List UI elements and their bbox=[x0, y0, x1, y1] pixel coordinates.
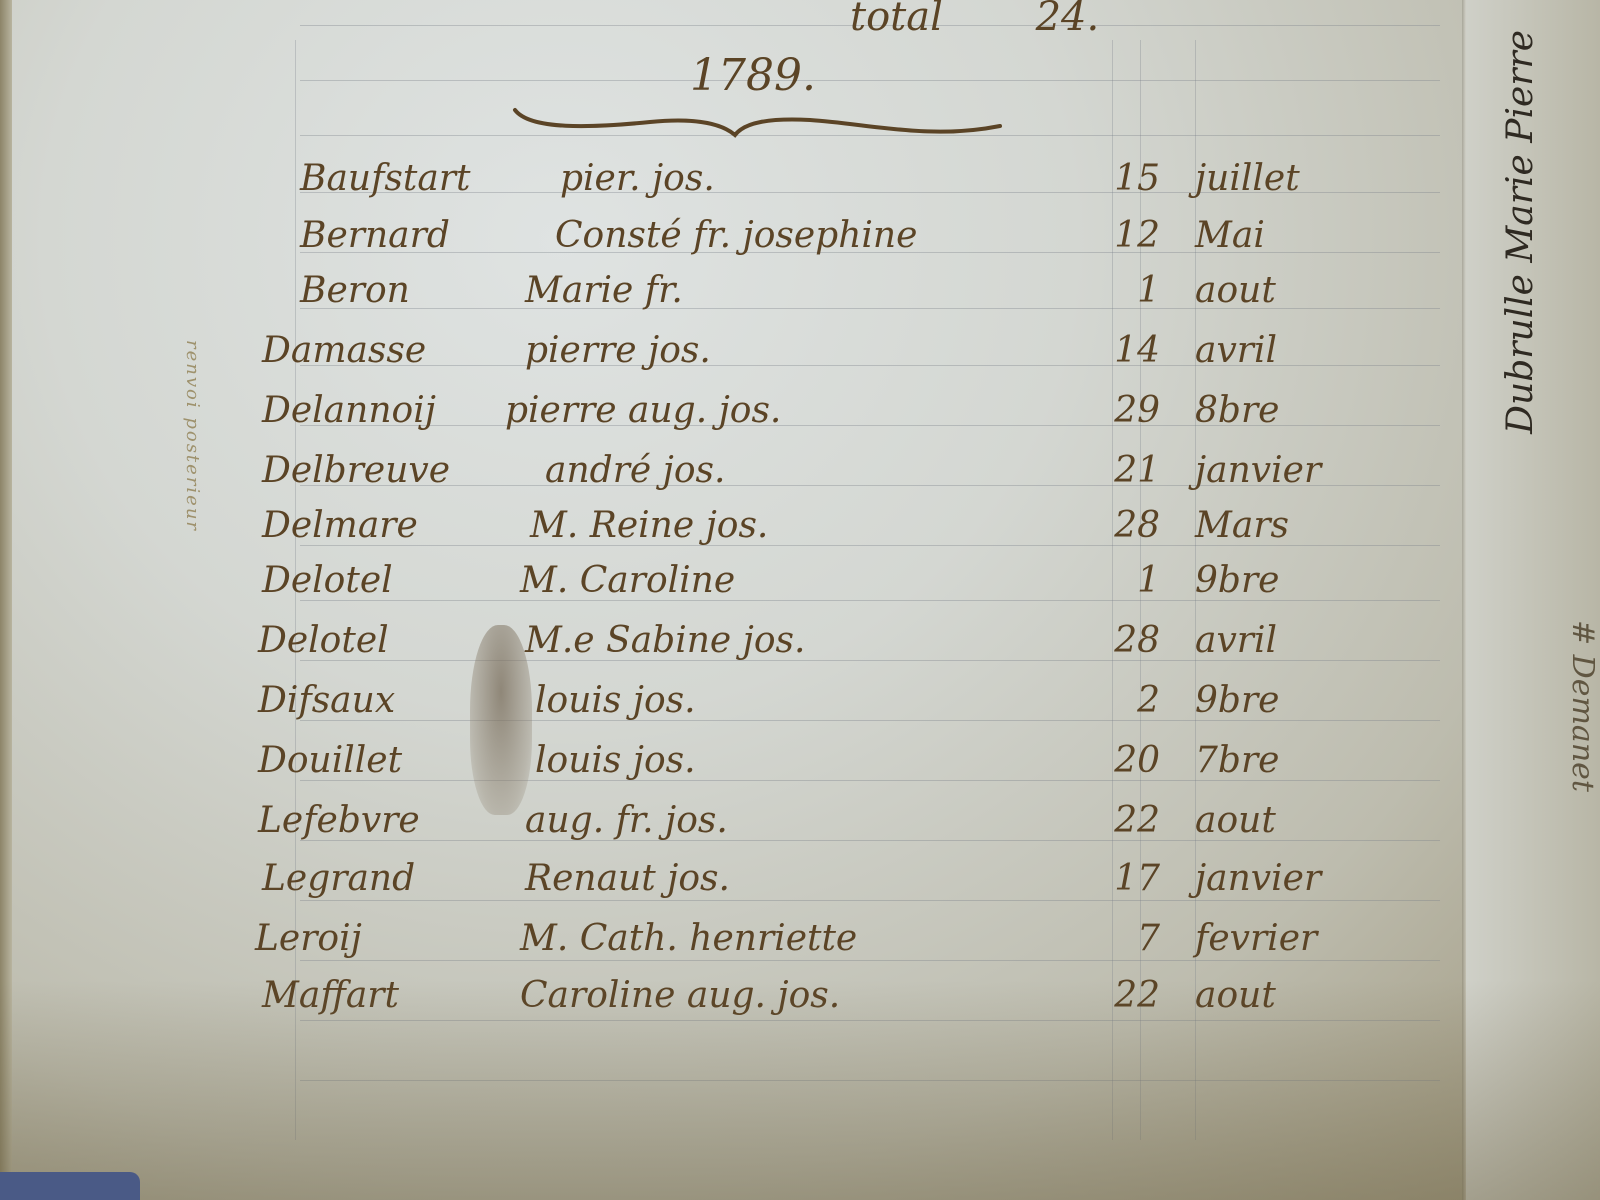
surname: Delotel bbox=[262, 560, 393, 601]
day: 7 bbox=[1110, 918, 1160, 959]
given-names: louis jos. bbox=[535, 680, 696, 721]
day: 2 bbox=[1110, 680, 1160, 721]
given-names: andré jos. bbox=[545, 450, 725, 491]
surname: Lefebvre bbox=[258, 800, 420, 841]
surname: Delotel bbox=[258, 620, 389, 661]
given-names: Marie fr. bbox=[525, 270, 683, 311]
month: 9bre bbox=[1195, 680, 1279, 721]
day: 21 bbox=[1110, 450, 1160, 491]
month: Mai bbox=[1195, 215, 1265, 256]
month: fevrier bbox=[1195, 918, 1317, 959]
ruled-line bbox=[300, 960, 1440, 961]
surname: Beron bbox=[300, 270, 410, 311]
day: 17 bbox=[1110, 858, 1160, 899]
day: 22 bbox=[1110, 800, 1160, 841]
month: Mars bbox=[1195, 505, 1289, 546]
month: 8bre bbox=[1195, 390, 1279, 431]
month: avril bbox=[1195, 330, 1277, 371]
month: 9bre bbox=[1195, 560, 1279, 601]
day: 28 bbox=[1110, 505, 1160, 546]
surname: Difsaux bbox=[258, 680, 395, 721]
given-names: Renaut jos. bbox=[525, 858, 730, 899]
ruled-line bbox=[300, 900, 1440, 901]
day: 15 bbox=[1110, 158, 1160, 199]
total-label: total bbox=[850, 0, 943, 40]
surname: Delbreuve bbox=[262, 450, 450, 491]
month: aout bbox=[1195, 270, 1276, 311]
page-shadow bbox=[0, 980, 1600, 1200]
day: 1 bbox=[1110, 560, 1160, 601]
month: aout bbox=[1195, 800, 1276, 841]
day: 28 bbox=[1110, 620, 1160, 661]
given-names: pier. jos. bbox=[560, 158, 715, 199]
register-page: total 24. 1789. Baufstart pier. jos. 15 … bbox=[0, 0, 1600, 1200]
total-value: 24. bbox=[1036, 0, 1100, 40]
given-names: Consté fr. josephine bbox=[555, 215, 917, 256]
day: 14 bbox=[1110, 330, 1160, 371]
given-names: M. Caroline bbox=[520, 560, 735, 601]
surname: Douillet bbox=[258, 740, 402, 781]
given-names: pierre jos. bbox=[525, 330, 711, 371]
given-names: aug. fr. jos. bbox=[525, 800, 728, 841]
flourish-ornament bbox=[510, 100, 1010, 150]
surname: Baufstart bbox=[300, 158, 471, 199]
year-heading: 1789. bbox=[690, 50, 816, 101]
given-names: pierre aug. jos. bbox=[505, 390, 781, 431]
given-names: M. Cath. henriette bbox=[520, 918, 857, 959]
month: janvier bbox=[1195, 450, 1321, 491]
surname: Leroij bbox=[255, 918, 362, 959]
total-line: total 24. bbox=[850, 0, 1099, 40]
given-names: M. Reine jos. bbox=[530, 505, 768, 546]
background-cloth bbox=[0, 1172, 140, 1200]
given-names: M.e Sabine jos. bbox=[525, 620, 805, 661]
day: 12 bbox=[1110, 215, 1160, 256]
day: 29 bbox=[1110, 390, 1160, 431]
surname: Delannoij bbox=[262, 390, 436, 431]
ruled-line bbox=[300, 80, 1440, 81]
surname: Delmare bbox=[262, 505, 418, 546]
surname: Legrand bbox=[262, 858, 415, 899]
month: juillet bbox=[1195, 158, 1300, 199]
surname: Bernard bbox=[300, 215, 450, 256]
given-names: louis jos. bbox=[535, 740, 696, 781]
facing-page-annotation: Dubrulle Marie Pierre bbox=[1500, 30, 1541, 434]
month: janvier bbox=[1195, 858, 1321, 899]
month: 7bre bbox=[1195, 740, 1279, 781]
margin-annotation: renvoi posterieur bbox=[182, 340, 203, 532]
day: 1 bbox=[1110, 270, 1160, 311]
surname: Damasse bbox=[262, 330, 426, 371]
facing-page-annotation-2: # Demanet bbox=[1565, 620, 1600, 792]
month: avril bbox=[1195, 620, 1277, 661]
water-stain bbox=[470, 625, 532, 815]
day: 20 bbox=[1110, 740, 1160, 781]
